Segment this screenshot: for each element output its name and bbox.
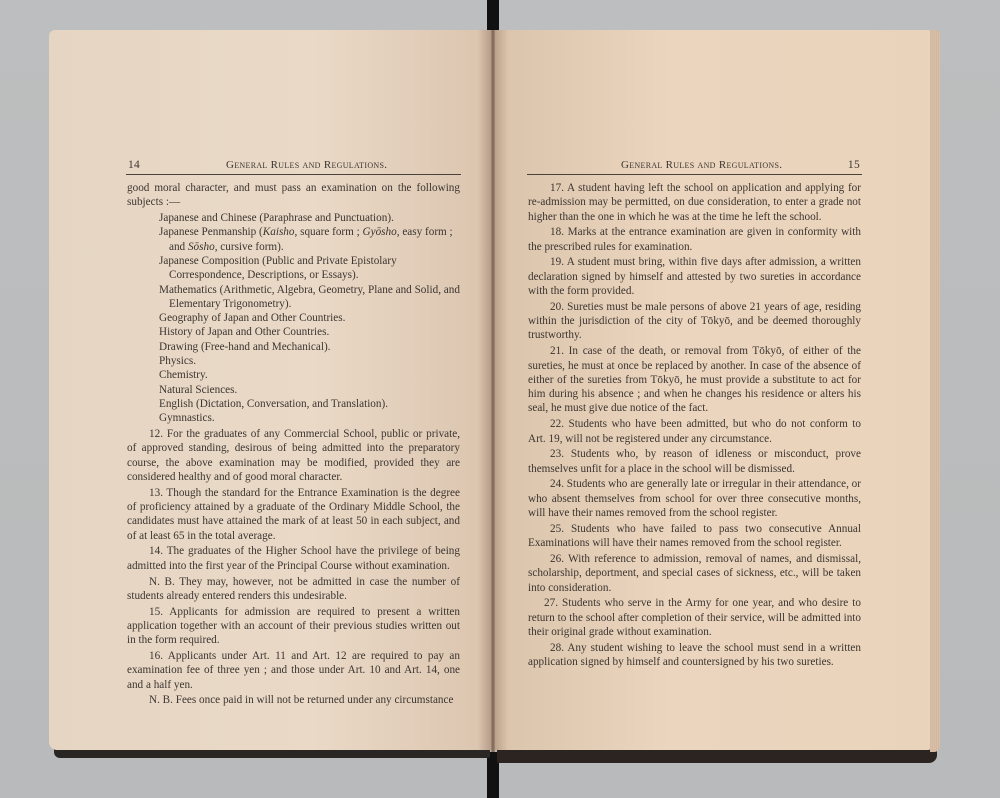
article-12: 12. For the graduates of any Commercial …: [127, 427, 460, 484]
sosho-desc: , cursive form).: [215, 241, 284, 253]
subject-item: Drawing (Free-hand and Mechanical).: [159, 340, 460, 354]
term-kaisho: Kaisho: [263, 226, 295, 238]
term-gyosho: Gyōsho: [363, 226, 397, 238]
article-21: 21. In case of the death, or removal fro…: [528, 344, 861, 415]
subject-item: Physics.: [159, 354, 460, 368]
subject-item: Mathematics (Arithmetic, Algebra, Geomet…: [159, 283, 460, 312]
penmanship-prefix: Japanese Penmanship (: [159, 226, 263, 238]
page-block-edge: [930, 30, 940, 752]
subject-item: Japanese and Chinese (Paraphrase and Pun…: [159, 211, 460, 225]
article-15: 15. Applicants for admission are require…: [127, 605, 460, 648]
subject-item: Gymnastics.: [159, 411, 460, 425]
subject-item-penmanship: Japanese Penmanship (Kaisho, square form…: [159, 225, 460, 254]
subject-item: Chemistry.: [159, 368, 460, 382]
page-number: 14: [128, 159, 140, 171]
running-head: General Rules and Regulations.: [226, 159, 387, 171]
cover-edge-right: [497, 748, 937, 763]
article-18: 18. Marks at the entrance examination ar…: [528, 225, 861, 254]
bookmark-ribbon-top: [487, 0, 499, 32]
subject-item: English (Dictation, Conversation, and Tr…: [159, 397, 460, 411]
article-28: 28. Any student wishing to leave the sch…: [528, 641, 861, 670]
article-25: 25. Students who have failed to pass two…: [528, 522, 861, 551]
subject-item: History of Japan and Other Countries.: [159, 325, 460, 339]
article-14-note: N. B. They may, however, not be admitted…: [127, 575, 460, 604]
running-head: General Rules and Regulations.: [621, 159, 782, 171]
intro-line: good moral character, and must pass an e…: [127, 181, 460, 210]
article-16: 16. Applicants under Art. 11 and Art. 12…: [127, 649, 460, 692]
right-page-header: General Rules and Regulations. 15: [527, 158, 862, 175]
article-26: 26. With reference to admission, removal…: [528, 552, 861, 595]
article-14: 14. The graduates of the Higher School h…: [127, 544, 460, 573]
article-23: 23. Students who, by reason of idleness …: [528, 447, 861, 476]
article-22: 22. Students who have been admitted, but…: [528, 417, 861, 446]
article-17: 17. A student having left the school on …: [528, 181, 861, 224]
article-13: 13. Though the standard for the Entrance…: [127, 486, 460, 543]
kaisho-desc: , square form ;: [295, 226, 363, 238]
article-20: 20. Sureties must be male persons of abo…: [528, 300, 861, 343]
page-number: 15: [848, 159, 860, 171]
right-page-body: 17. A student having left the school on …: [528, 181, 861, 671]
left-page-body: good moral character, and must pass an e…: [127, 181, 460, 709]
subject-item: Natural Sciences.: [159, 383, 460, 397]
left-page-header: 14 General Rules and Regulations.: [126, 158, 461, 175]
subject-item: Japanese Composition (Public and Private…: [159, 254, 460, 283]
right-page: General Rules and Regulations. 15 17. A …: [495, 30, 932, 750]
term-sosho: Sōsho: [188, 241, 215, 253]
article-19: 19. A student must bring, within five da…: [528, 255, 861, 298]
subject-item: Geography of Japan and Other Countries.: [159, 311, 460, 325]
article-27: 27. Students who serve in the Army for o…: [528, 596, 861, 639]
left-page: 14 General Rules and Regulations. good m…: [49, 30, 491, 750]
article-24: 24. Students who are generally late or i…: [528, 477, 861, 520]
article-16-note: N. B. Fees once paid in will not be retu…: [127, 693, 460, 707]
